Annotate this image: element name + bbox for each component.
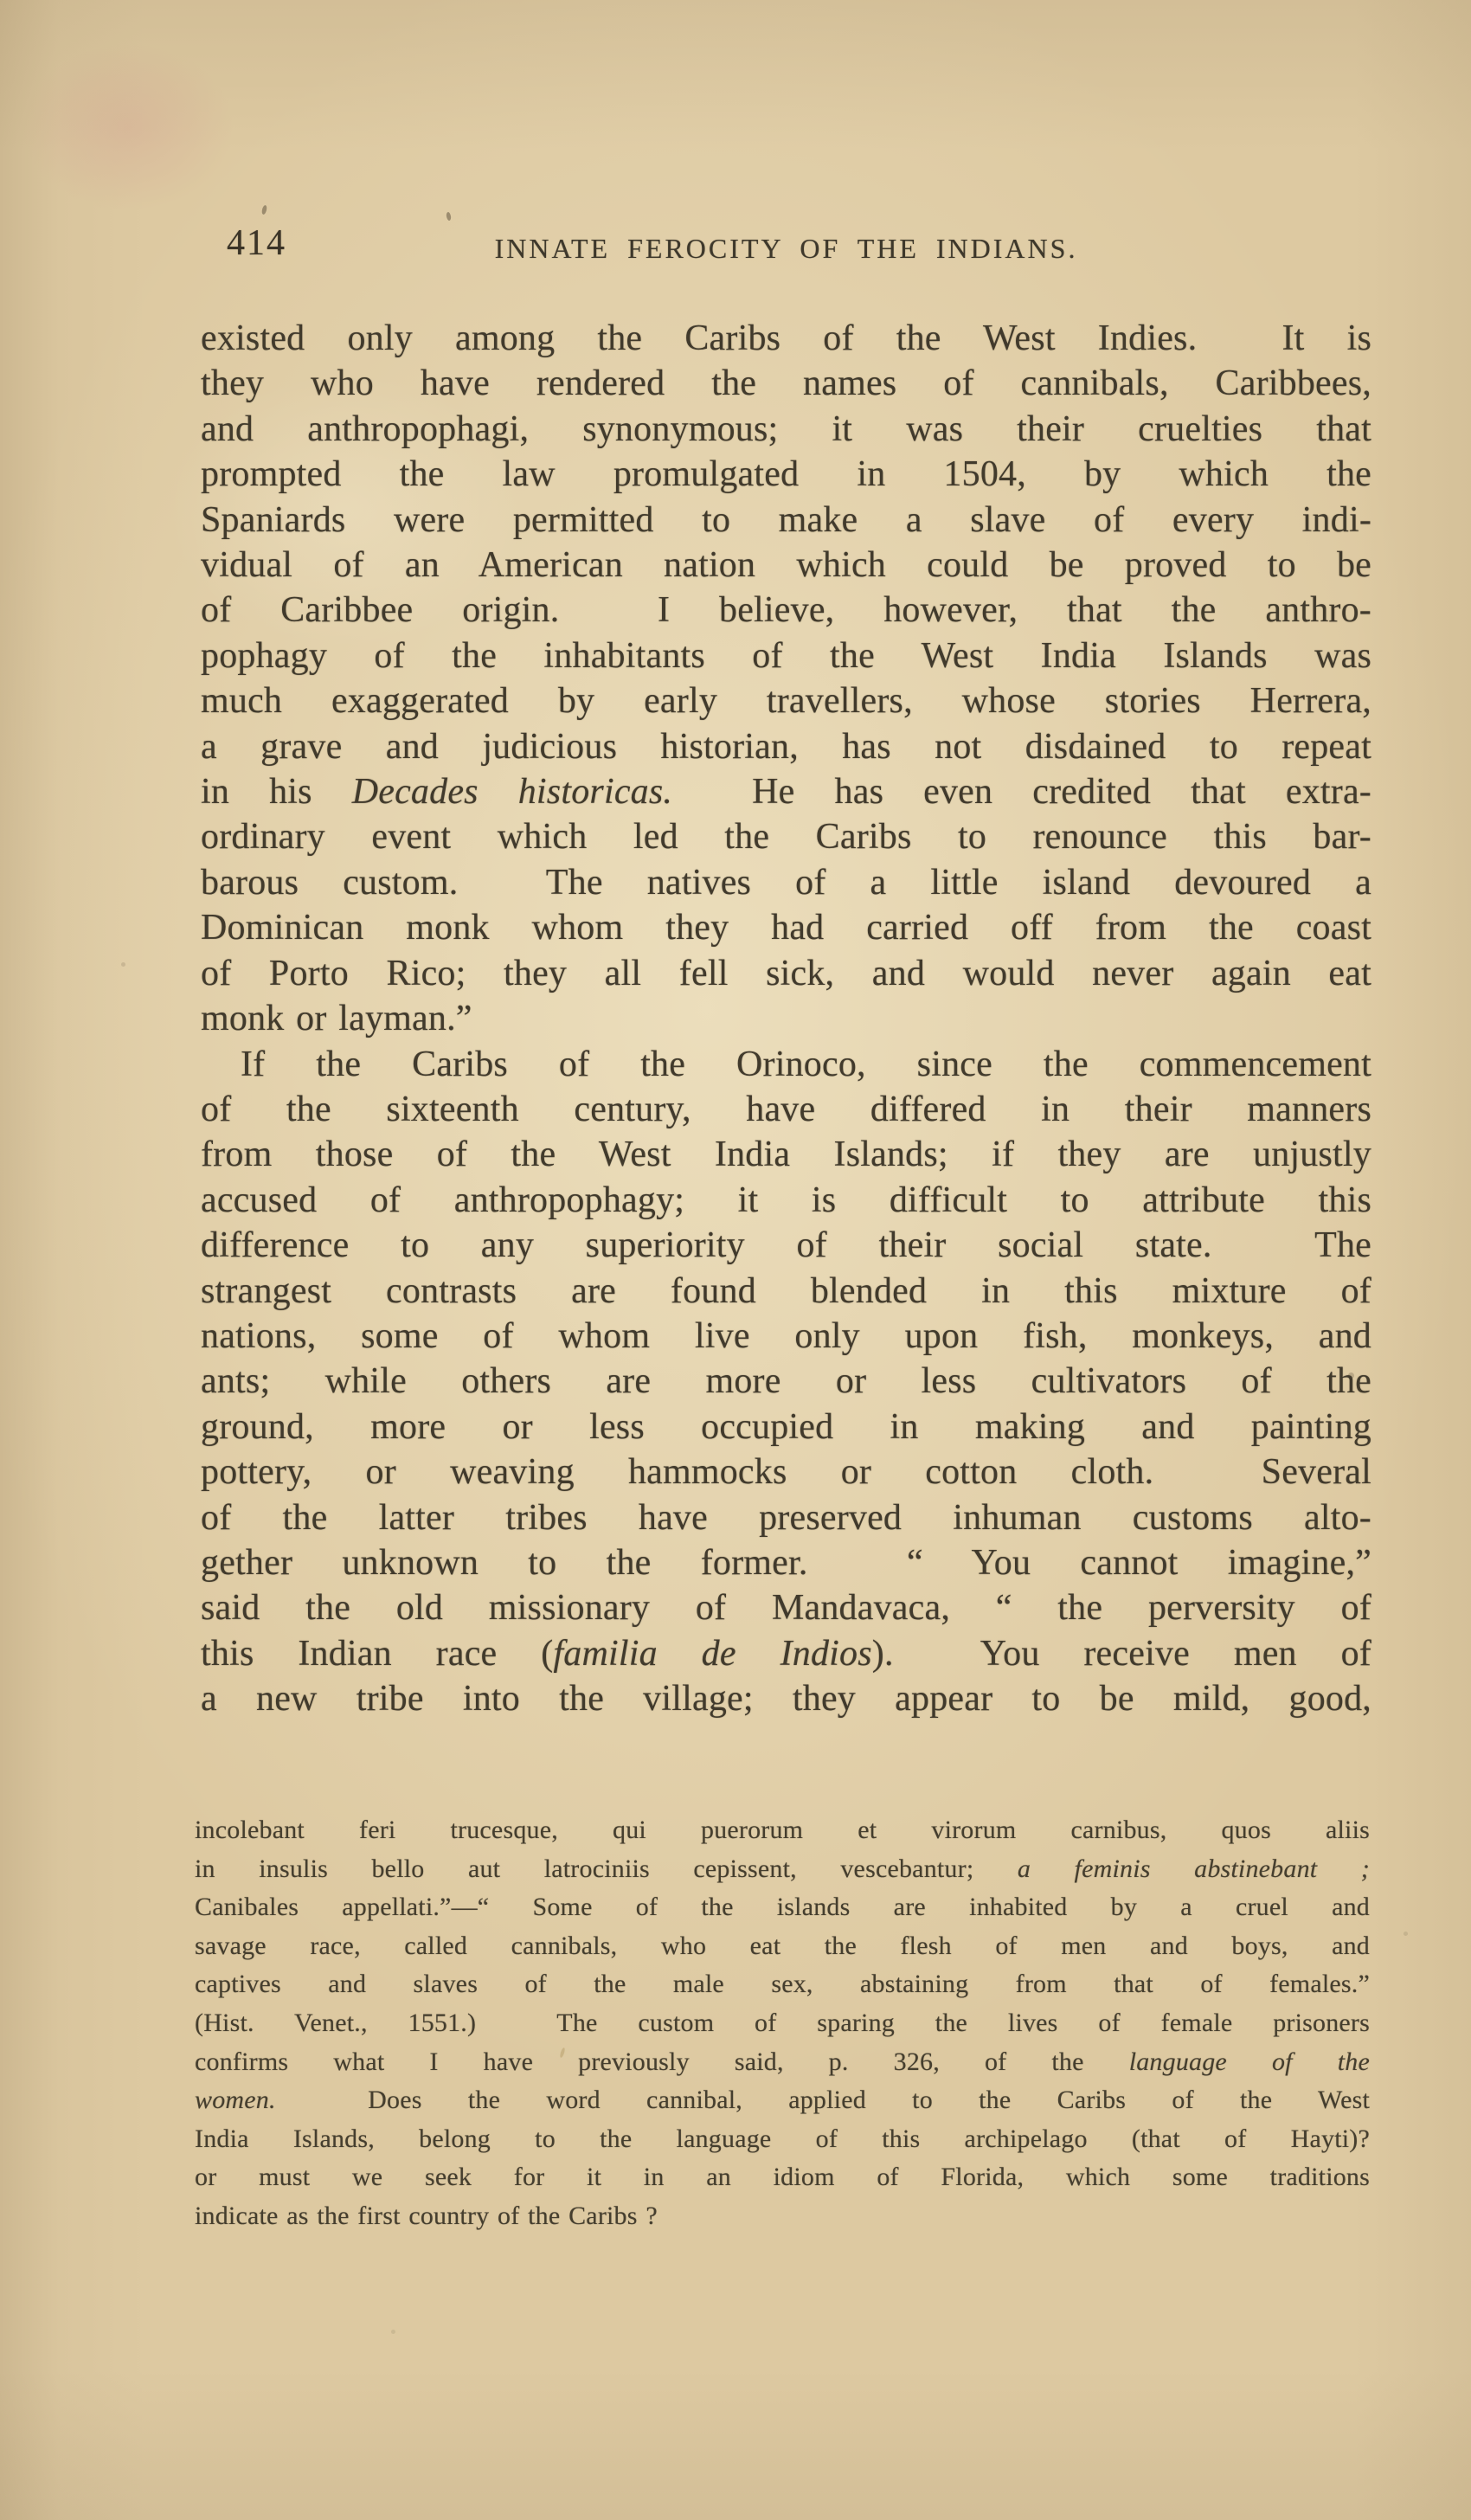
text-segment: confirms what I have previously said, p.… [195,2047,1129,2076]
text-line: women. Does the word cannibal, applied t… [195,2081,1370,2120]
text-segment: of Caribbee origin. I believe, however, … [201,590,1371,630]
text-segment: Spaniards were permitted to make a slave… [201,500,1371,540]
text-segment: from those of the West India Islands; if… [201,1135,1371,1174]
footnote-block: incolebant feri trucesque, qui puerorum … [195,1811,1370,2236]
text-segment: existed only among the Caribs of the Wes… [201,318,1371,358]
text-segment: He has even credited that extra- [672,772,1371,812]
text-segment: (Hist. Venet., 1551.) The custom of spar… [195,2009,1370,2037]
text-line: incolebant feri trucesque, qui puerorum … [195,1811,1370,1850]
text-segment: and anthropophagi, synonymous; it was th… [201,409,1371,449]
text-line: confirms what I have previously said, p.… [195,2043,1370,2082]
text-line: of the latter tribes have preserved inhu… [201,1495,1371,1540]
text-segment: ordinary event which led the Caribs to r… [201,817,1371,857]
italic-text-segment: familia de Indios [553,1634,871,1674]
text-segment: gether unknown to the former. “ You cann… [201,1543,1371,1583]
text-segment: of the latter tribes have preserved inhu… [201,1498,1371,1538]
text-line: said the old missionary of Mandavaca, “ … [201,1585,1371,1630]
text-line: a grave and judicious historian, has not… [201,724,1371,769]
text-line: Canibales appellati.”—“ Some of the isla… [195,1888,1370,1927]
text-line: ordinary event which led the Caribs to r… [201,814,1371,859]
text-segment: If the Caribs of the Orinoco, since the … [241,1045,1371,1084]
paper-stain [24,45,232,209]
text-line: India Islands, belong to the language of… [195,2120,1370,2159]
text-line: from those of the West India Islands; if… [201,1132,1371,1177]
paper-speck [1404,1932,1408,1936]
text-segment: incolebant feri trucesque, qui puerorum … [195,1816,1370,1844]
text-line: If the Caribs of the Orinoco, since the … [201,1042,1371,1087]
paper-speck [446,212,452,222]
text-line: of Porto Rico; they all fell sick, and w… [201,951,1371,996]
italic-text-segment: language of the [1129,2047,1370,2076]
text-segment: strangest contrasts are found blended in… [201,1271,1371,1311]
text-segment: of the sixteenth century, have differed … [201,1090,1371,1129]
text-line: ants; while others are more or less cult… [201,1359,1371,1404]
main-text-block: existed only among the Caribs of the Wes… [201,316,1371,1722]
text-line: vidual of an American nation which could… [201,543,1371,588]
text-line: (Hist. Venet., 1551.) The custom of spar… [195,2004,1370,2043]
text-segment: prompted the law promulgated in 1504, by… [201,454,1371,494]
text-line: and anthropophagi, synonymous; it was th… [201,407,1371,452]
text-segment: savage race, called cannibals, who eat t… [195,1932,1370,1960]
text-line: of the sixteenth century, have differed … [201,1087,1371,1132]
text-line: strangest contrasts are found blended in… [201,1269,1371,1314]
text-line: captives and slaves of the male sex, abs… [195,1965,1370,2004]
text-line: difference to any superiority of their s… [201,1223,1371,1268]
text-segment: ants; while others are more or less cult… [201,1361,1371,1401]
text-segment: ground, more or less occupied in making … [201,1407,1371,1447]
italic-text-segment: a feminis abstinebant ; [1018,1855,1370,1883]
text-segment: difference to any superiority of their s… [201,1225,1371,1265]
text-line: prompted the law promulgated in 1504, by… [201,452,1371,497]
text-line: indicate as the first country of the Car… [195,2197,1370,2236]
text-line: in insulis bello aut latrociniis cepisse… [195,1850,1370,1889]
text-line: a new tribe into the village; they appea… [201,1676,1371,1721]
text-line: accused of anthropophagy; it is difficul… [201,1178,1371,1223]
text-line: in his Decades historicas. He has even c… [201,769,1371,814]
italic-text-segment: Decades historicas. [352,772,672,812]
text-line: much exaggerated by early travellers, wh… [201,678,1371,723]
text-line: they who have rendered the names of cann… [201,361,1371,406]
text-segment: Does the word cannibal, applied to the C… [276,2086,1370,2114]
text-line: existed only among the Caribs of the Wes… [201,316,1371,361]
text-line: barous custom. The natives of a little i… [201,860,1371,905]
text-line: gether unknown to the former. “ You cann… [201,1540,1371,1585]
paper-speck [121,962,125,967]
text-line: pophagy of the inhabitants of the West I… [201,633,1371,678]
text-segment: nations, some of whom live only upon fis… [201,1316,1371,1356]
text-segment: India Islands, belong to the language of… [195,2125,1370,2153]
text-segment: indicate as the first country of the Car… [195,2202,658,2230]
text-segment: this Indian race ( [201,1634,553,1674]
text-segment: captives and slaves of the male sex, abs… [195,1970,1370,1998]
text-segment: ). You receive men of [872,1634,1371,1674]
italic-text-segment: women. [195,2086,276,2114]
text-segment: much exaggerated by early travellers, wh… [201,681,1371,721]
text-segment: monk or layman.” [201,999,472,1038]
text-line: Dominican monk whom they had carried off… [201,905,1371,950]
text-segment: said the old missionary of Mandavaca, “ … [201,1588,1371,1628]
paper-speck [391,2330,395,2334]
text-segment: Dominican monk whom they had carried off… [201,908,1371,948]
text-line: nations, some of whom live only upon fis… [201,1314,1371,1359]
text-segment: vidual of an American nation which could… [201,545,1371,585]
paper-speck [261,205,268,215]
text-segment: of Porto Rico; they all fell sick, and w… [201,954,1371,993]
text-segment: pophagy of the inhabitants of the West I… [201,636,1371,676]
text-segment: a new tribe into the village; they appea… [201,1679,1371,1719]
text-segment: barous custom. The natives of a little i… [201,863,1371,903]
text-segment: in his [201,772,352,812]
text-line: ground, more or less occupied in making … [201,1405,1371,1450]
book-page-scan: 414 INNATE FEROCITY OF THE INDIANS. exis… [0,0,1471,2520]
text-segment: accused of anthropophagy; it is difficul… [201,1180,1371,1220]
text-segment: or must we seek for it in an idiom of Fl… [195,2163,1370,2191]
text-line: of Caribbee origin. I believe, however, … [201,588,1371,633]
text-line: this Indian race (familia de Indios). Yo… [201,1631,1371,1676]
text-segment: pottery, or weaving hammocks or cotton c… [201,1452,1371,1492]
text-line: or must we seek for it in an idiom of Fl… [195,2158,1370,2197]
text-line: monk or layman.” [201,996,1371,1041]
text-line: savage race, called cannibals, who eat t… [195,1927,1370,1966]
running-header: INNATE FEROCITY OF THE INDIANS. [201,235,1371,262]
text-line: pottery, or weaving hammocks or cotton c… [201,1450,1371,1495]
text-line: Spaniards were permitted to make a slave… [201,498,1371,543]
text-segment: in insulis bello aut latrociniis cepisse… [195,1855,1018,1883]
text-segment: Canibales appellati.”—“ Some of the isla… [195,1893,1370,1921]
text-segment: a grave and judicious historian, has not… [201,727,1371,767]
text-segment: they who have rendered the names of cann… [201,363,1371,403]
